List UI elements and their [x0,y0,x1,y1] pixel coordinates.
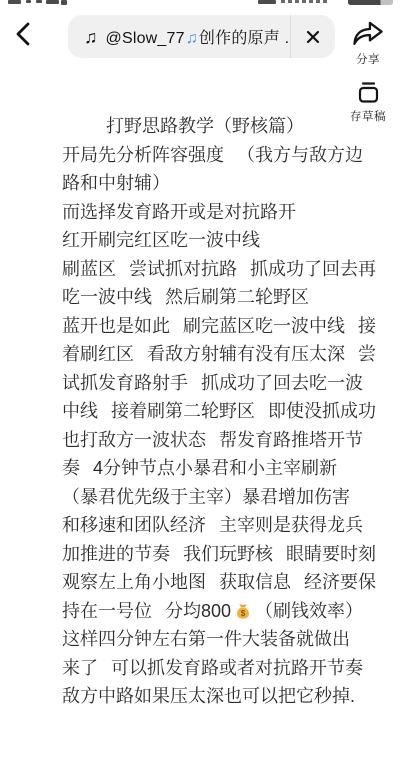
music-pill-label: ♫ @Slow_77♫创作的原声 ... [68,25,290,48]
caption-text-line: 路和中射辅） [62,169,348,198]
caption-text-line: 中线 接着刷第二轮野区 即使没抓成功 [62,397,348,426]
caption-title-line: 打野思路教学（野核篇） [62,112,348,141]
caption-text-line: 这样四分钟左右第一件大装备就做出 [62,625,348,654]
save-draft-icon [355,79,382,106]
caption-text-line: 吃一波中线 然后刷第二轮野区 [62,283,348,312]
caption-text-line: 也打敌方一波状态 帮发育路推塔开节 [62,426,348,455]
status-icon-fragment [61,0,67,5]
close-icon [306,30,320,44]
status-icon-fragment [8,0,21,4]
money-bag-emoji: $ [234,600,252,618]
caption-text-line: 而选择发育路开或是对抗路开 [62,198,348,227]
music-note-emoji: ♫ [186,30,198,47]
chevron-left-icon [14,21,32,47]
caption-text-line: 和移速和团队经济 主宰则是获得龙兵 [62,511,348,540]
save-draft-label: 存草稿 [350,108,386,124]
caption-text-line: 加推进的节奏 我们玩野核 眼睛要时刻 [62,540,348,569]
music-pill[interactable]: ♫ @Slow_77♫创作的原声 ... [68,15,335,58]
caption-text-line: 敌方中路如果压太深也可以把它秒掉. [62,682,348,711]
caption-text-line: 奏 4分钟节点小暴君和小主宰刷新 [62,454,348,483]
caption-text-line: 蓝开也是如此 刷完蓝区吃一波中线 接 [62,312,348,341]
caption-text-line: 刷蓝区 尝试抓对抗路 抓成功了回去再 [62,255,348,284]
caption-text-line: 着刷红区 看敌方射辅有没有压太深 尝 [62,340,348,369]
caption-text-line: 来了 可以抓发育路或者对抗路开节奏 [62,654,348,683]
signal-bars-fragment [281,0,327,3]
caption-text-line: 开局先分析阵容强度 （我方与敌方边 [62,141,348,170]
status-icon-fragment [46,0,59,4]
signal-icon-fragment [258,0,276,4]
music-note-icon: ♫ [84,28,98,46]
caption-text-line: （暴君优先级于主宰）暴君增加伤害 [62,483,348,512]
battery-icon-fragment [348,0,393,5]
svg-text:$: $ [241,608,246,617]
back-button[interactable] [8,18,38,50]
caption-text-line: 观察左上角小地图 获取信息 经济要保 [62,568,348,597]
share-icon [350,20,386,49]
remove-music-button[interactable] [291,15,335,58]
screen: ♫ @Slow_77♫创作的原声 ... 分享 [0,0,400,759]
caption-text-editor[interactable]: 打野思路教学（野核篇） 开局先分析阵容强度 （我方与敌方边路和中射辅）而选择发育… [62,112,348,711]
caption-text-line: 红开刷完红区吃一波中线 [62,226,348,255]
share-button[interactable]: 分享 [338,20,398,67]
status-icon-fragment [26,0,31,3]
caption-text-line: 持在一号位 分均800$（刷钱效率） [62,597,348,626]
status-icon-fragment [36,0,42,3]
caption-text-line: 试抓发育路射手 抓成功了回去吃一波 [62,369,348,398]
music-title: @Slow_77♫创作的原声 ... [106,25,291,48]
body-lines: 开局先分析阵容强度 （我方与敌方边路和中射辅）而选择发育路开或是对抗路开红开刷完… [62,141,348,711]
share-label: 分享 [356,51,380,67]
